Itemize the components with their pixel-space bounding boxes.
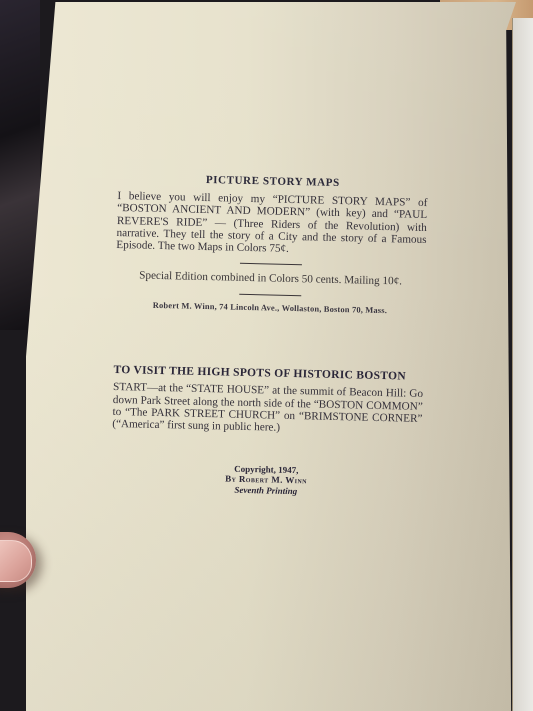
divider [239, 294, 301, 296]
maps-description: I believe you will enjoy my “PICTURE STO… [116, 190, 427, 259]
thumbnail [0, 540, 32, 582]
next-page-edge [512, 18, 533, 711]
section-title: TO VISIT THE HIGH SPOTS OF HISTORIC BOST… [113, 364, 423, 383]
picture-story-maps-section: PICTURE STORY MAPS I believe you will en… [115, 172, 428, 316]
special-edition-price: Special Edition combined in Colors 50 ce… [115, 269, 425, 289]
publisher-address: Robert M. Winn, 74 Lincoln Ave., Wollast… [115, 300, 425, 316]
high-spots-section: TO VISIT THE HIGH SPOTS OF HISTORIC BOST… [112, 364, 423, 437]
page-content: PICTURE STORY MAPS I believe you will en… [111, 172, 428, 499]
high-spots-directions: START—at the “STATE HOUSE” at the summit… [112, 381, 423, 437]
divider [240, 263, 302, 265]
